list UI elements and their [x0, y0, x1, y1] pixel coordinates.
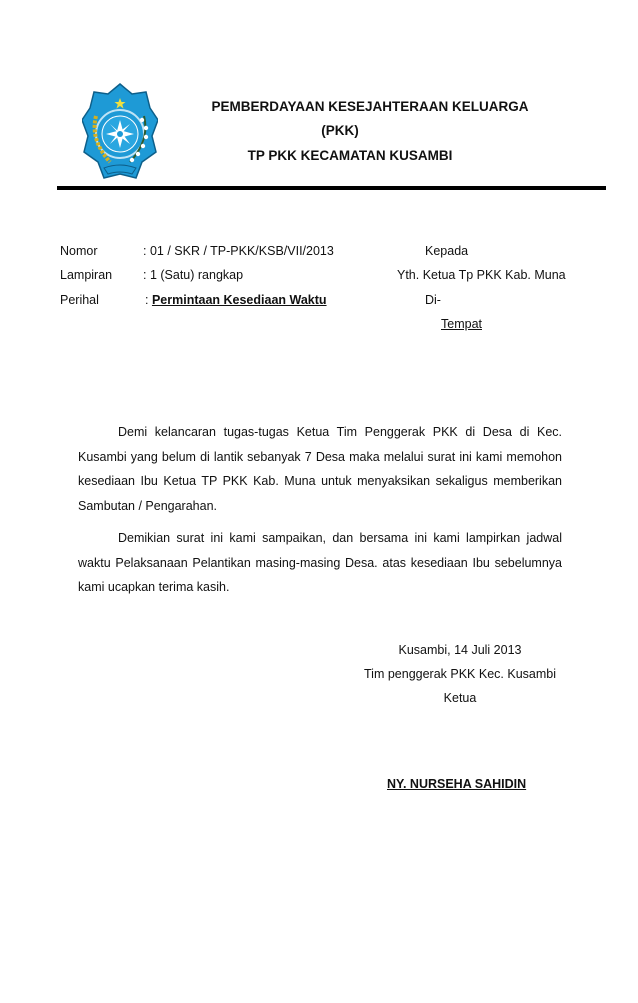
nomor-label: Nomor [60, 244, 98, 258]
recipient-di: Di- [425, 293, 441, 307]
letterhead-subtitle: TP PKK KECAMATAN KUSAMBI [180, 148, 520, 163]
lampiran-label: Lampiran [60, 268, 112, 282]
letterhead-divider [57, 186, 606, 190]
perihal-colon: : [145, 293, 152, 307]
signature-org: Tim penggerak PKK Kec. Kusambi [330, 667, 590, 681]
body-paragraph-1: Demi kelancaran tugas-tugas Ketua Tim Pe… [78, 420, 562, 518]
signature-name: NY. NURSEHA SAHIDIN [387, 777, 526, 791]
nomor-value: : 01 / SKR / TP-PKK/KSB/VII/2013 [143, 244, 334, 258]
recipient-tempat: Tempat [441, 317, 482, 331]
body-paragraph-2-text: Demikian surat ini kami sampaikan, dan b… [78, 531, 562, 594]
perihal-value-row: : Permintaan Kesediaan Waktu [145, 293, 327, 307]
letterhead-title: PEMBERDAYAAN KESEJAHTERAAN KELUARGA [160, 99, 580, 114]
recipient-name: Yth. Ketua Tp PKK Kab. Muna [397, 268, 566, 282]
pkk-emblem-icon [82, 82, 158, 186]
recipient-kepada: Kepada [425, 244, 468, 258]
body-paragraph-1-text: Demi kelancaran tugas-tugas Ketua Tim Pe… [78, 425, 562, 513]
lampiran-value: : 1 (Satu) rangkap [143, 268, 243, 282]
signature-place-date: Kusambi, 14 Juli 2013 [330, 643, 590, 657]
perihal-value: Permintaan Kesediaan Waktu [152, 293, 327, 307]
perihal-label: Perihal [60, 293, 99, 307]
body-paragraph-2: Demikian surat ini kami sampaikan, dan b… [78, 526, 562, 600]
letterhead-abbreviation: (PKK) [170, 123, 510, 138]
signature-position: Ketua [330, 691, 590, 705]
